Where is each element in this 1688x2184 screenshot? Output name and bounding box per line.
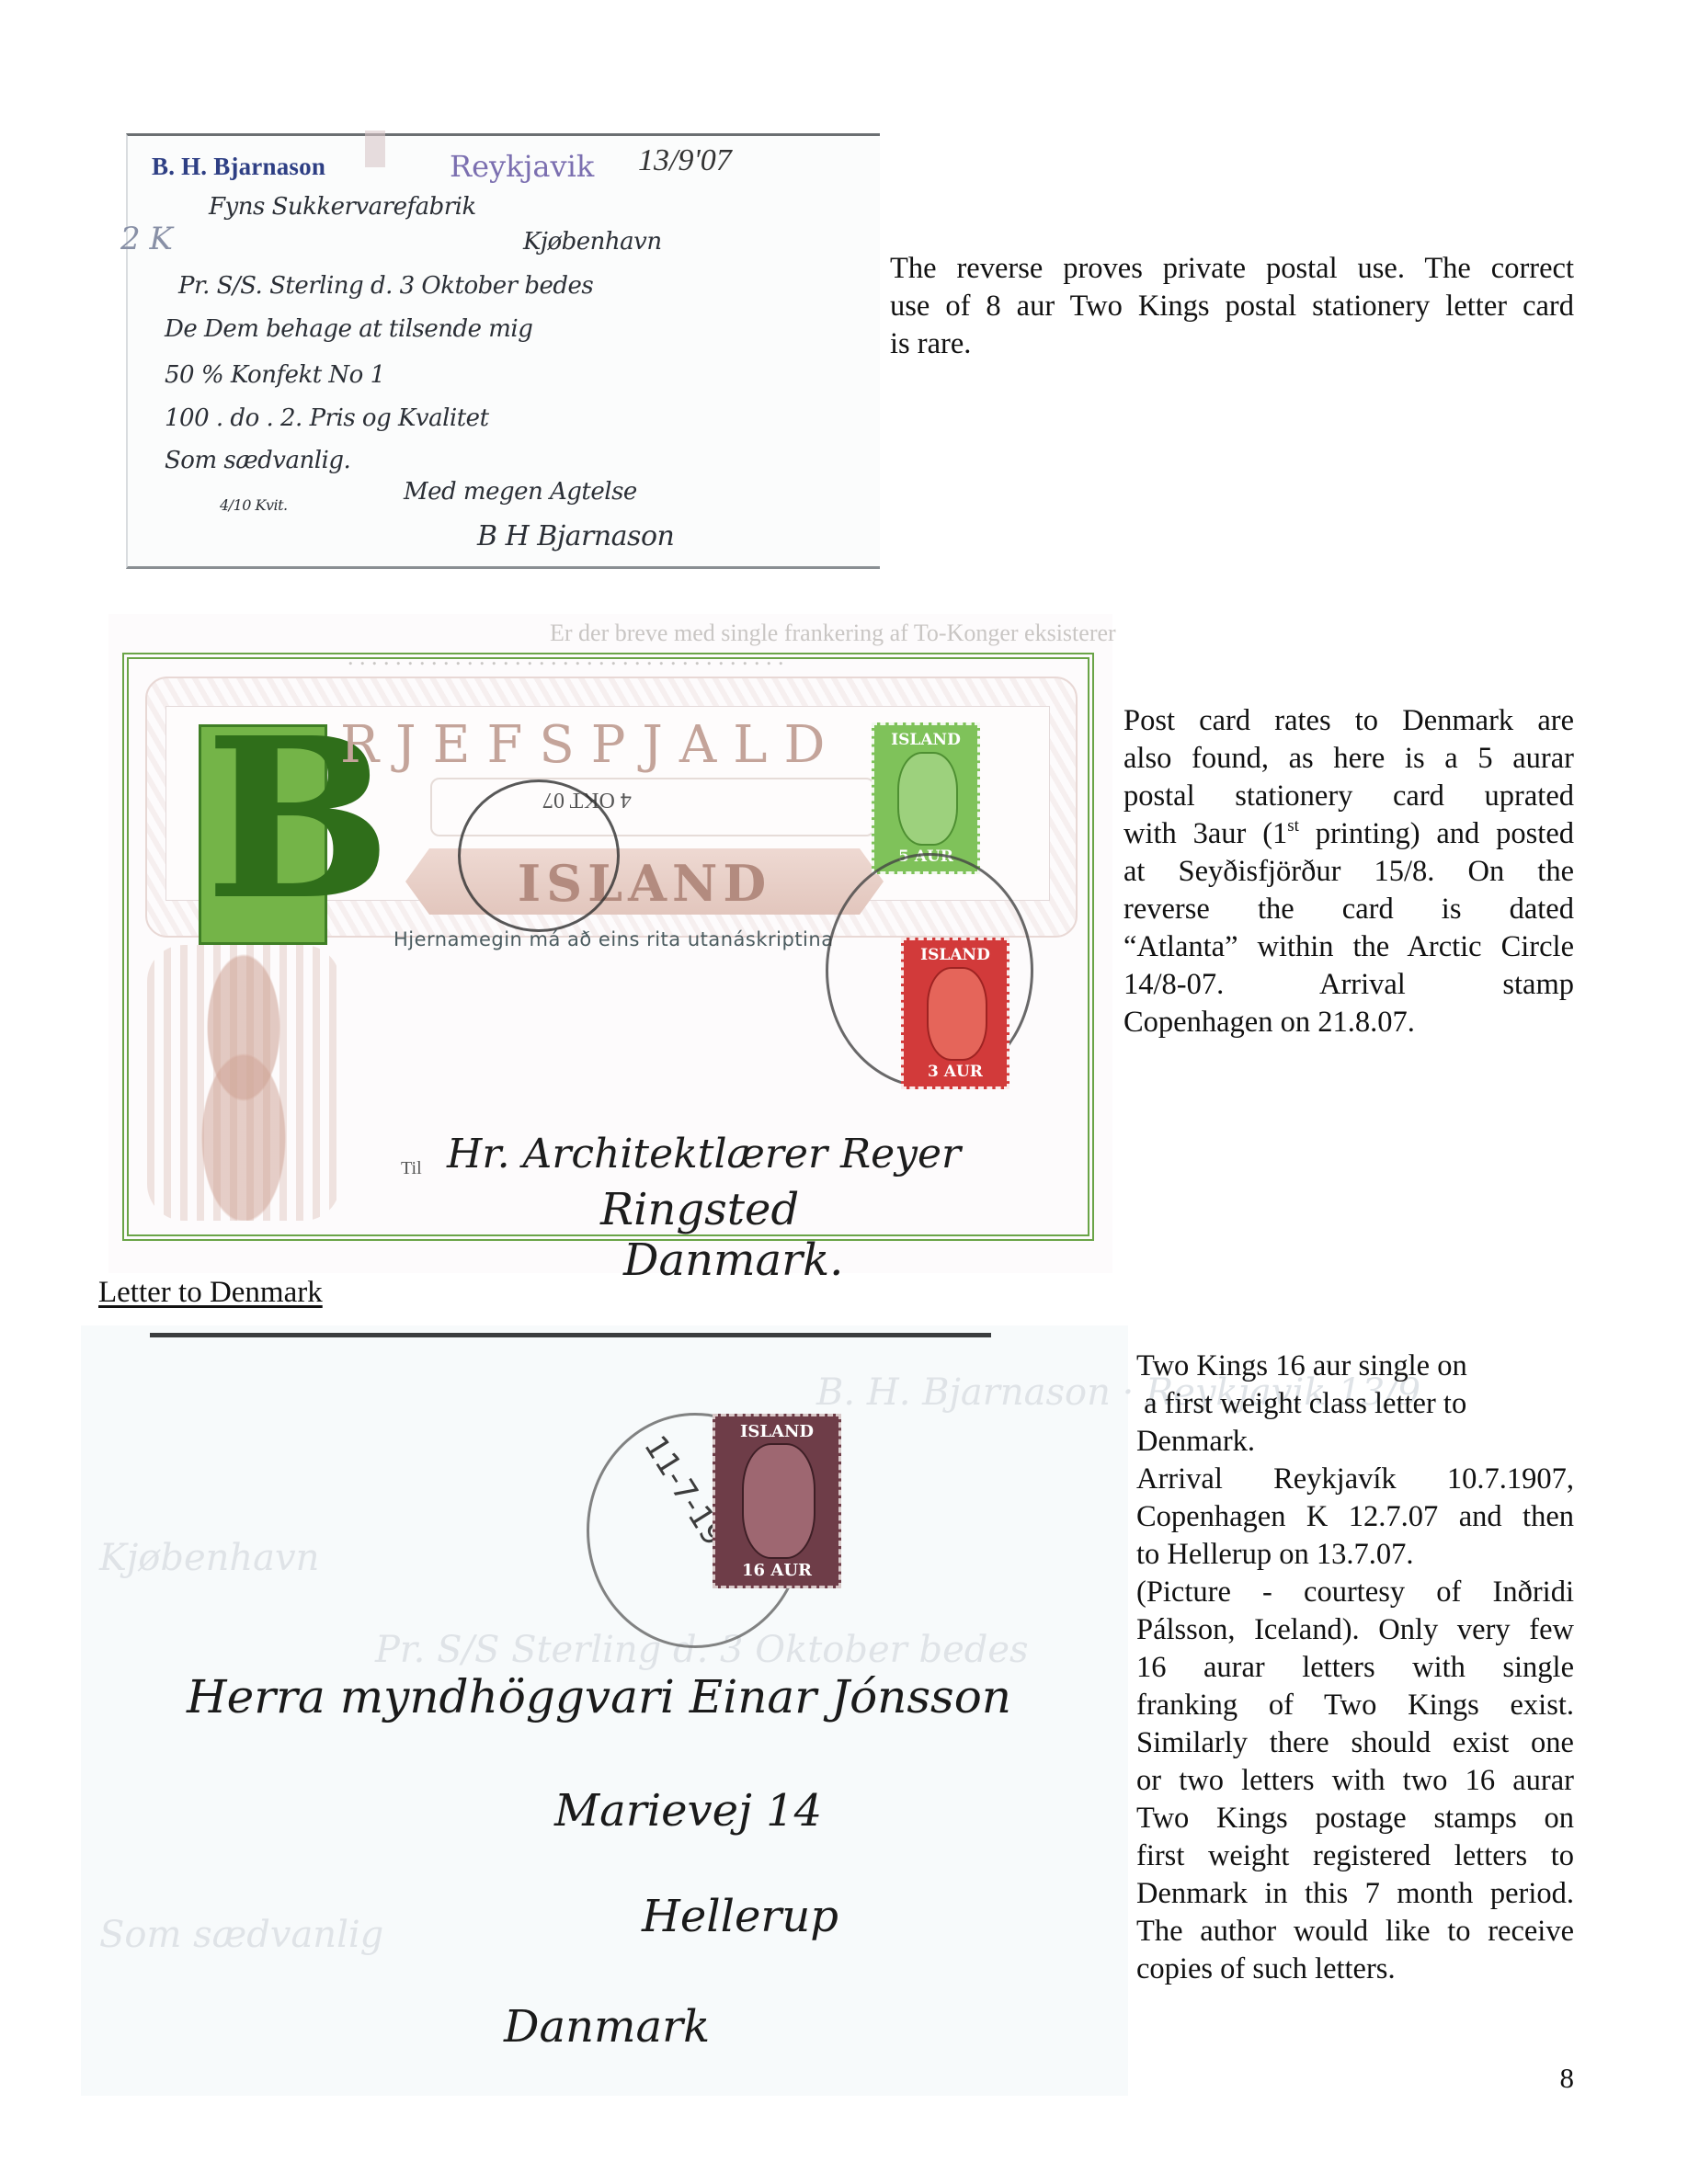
address-line: Danmark. xyxy=(623,1246,843,1274)
postmark-kobenhavn xyxy=(458,779,620,932)
handwriting-line: Pr. S/S. Sterling d. 3 Oktober bedes xyxy=(178,272,593,300)
text-line: use of 8 aur Two Kings postal stationery… xyxy=(890,288,1574,325)
section-caption: Letter to Denmark xyxy=(98,1276,323,1310)
text-line: is rare. xyxy=(890,325,1574,363)
stamp-value: 3 AUR xyxy=(904,1063,1007,1081)
text-line: with 3aur (1st printing) and posted xyxy=(1123,815,1574,853)
card-notice: Hjernamegin má að eins rita utanáskripti… xyxy=(393,928,834,950)
show-through-text: Som sædvanlig xyxy=(99,1914,383,1956)
printed-city: Reykjavik xyxy=(450,149,594,184)
text-line: Pálsson, Iceland). Only very few xyxy=(1136,1611,1574,1649)
stamp-country: ISLAND xyxy=(874,731,977,749)
stamp-3-aur: ISLAND 3 AUR xyxy=(901,938,1009,1089)
stamp-country: ISLAND xyxy=(715,1422,838,1441)
stamp-remnant xyxy=(365,131,385,167)
stamp-16-aur: ISLAND 16 AUR xyxy=(713,1414,841,1588)
stamp-5-aur: ISLAND 5 AUR xyxy=(872,722,980,874)
text-line: first weight registered letters to xyxy=(1136,1837,1574,1875)
address-line: Hellerup xyxy=(642,1891,838,1942)
handwriting-line: 100 . do . 2. Pris og Kvalitet xyxy=(165,404,489,432)
text-line: 16 aurar letters with single xyxy=(1136,1649,1574,1687)
description-reverse-use: The reverse proves private postal use. T… xyxy=(890,250,1574,363)
text-line: franking of Two Kings exist. xyxy=(1136,1687,1574,1724)
text-line: Post card rates to Denmark are xyxy=(1123,702,1574,740)
handwriting-line: Kjøbenhavn xyxy=(523,228,662,256)
text-line: Denmark. xyxy=(1136,1423,1574,1461)
stamp-country: ISLAND xyxy=(904,946,1007,964)
two-kings-portrait xyxy=(927,967,988,1062)
text-line: 14/8-07. Arrival stamp xyxy=(1123,966,1574,1004)
page-number: 8 xyxy=(1560,2062,1575,2095)
text-line: a first weight class letter to xyxy=(1136,1385,1574,1423)
envelope-flap-edge xyxy=(150,1333,991,1337)
letter-card-reverse-image: B. H. Bjarnason Reykjavik 13/9'07 2 K Fy… xyxy=(126,133,880,569)
text-line: Copenhagen K 12.7.07 and then xyxy=(1136,1498,1574,1536)
address-line: Ringsted xyxy=(600,1184,799,1235)
handwritten-date: 13/9'07 xyxy=(638,143,732,178)
address-line: Hr. Architektlærer Reyer xyxy=(447,1131,961,1177)
stamp-value: 16 AUR xyxy=(715,1561,838,1580)
postcard-brjefspjald-image: Er der breve med single frankering af To… xyxy=(108,614,1112,1273)
handwriting-line: Med megen Agtelse xyxy=(404,478,637,506)
two-kings-portrait xyxy=(742,1443,815,1558)
card-title: RJEFSPJALD xyxy=(340,715,841,775)
description-postcard-rates: Post card rates to Denmark arealso found… xyxy=(1123,702,1574,1041)
text-line: Two Kings postage stamps on xyxy=(1136,1800,1574,1837)
text-line: reverse the card is dated xyxy=(1123,891,1574,928)
handwriting-line: De Dem behage at tilsende mig xyxy=(165,315,532,343)
two-kings-portrait xyxy=(897,752,959,847)
printed-sender-name: B. H. Bjarnason xyxy=(152,153,325,181)
text-line: Denmark in this 7 month period. xyxy=(1136,1875,1574,1913)
text-line: copies of such letters. xyxy=(1136,1951,1574,1988)
text-line: postal stationery card uprated xyxy=(1123,778,1574,815)
text-line: to Hellerup on 13.7.07. xyxy=(1136,1536,1574,1574)
text-line: Similarly there should exist one xyxy=(1136,1724,1574,1762)
text-line: The author would like to receive xyxy=(1136,1913,1574,1951)
text-line: also found, as here is a 5 aurar xyxy=(1123,740,1574,778)
text-line: at Seyðisfjörður 15/8. On the xyxy=(1123,853,1574,891)
handwriting-line: Fyns Sukkervarefabrik xyxy=(209,193,476,221)
ornamental-monogram xyxy=(147,945,340,1221)
text-line: Arrival Reykjavík 10.7.1907, xyxy=(1136,1461,1574,1498)
signature: B H Bjarnason xyxy=(477,520,674,552)
handwriting-line: 50 % Konfekt No 1 xyxy=(165,361,385,389)
text-line: Copenhagen on 21.8.07. xyxy=(1123,1004,1574,1041)
address-line: Herra myndhöggvari Einar Jónsson xyxy=(187,1670,1011,1723)
text-line: (Picture - courtesy of Inðridi xyxy=(1136,1574,1574,1611)
margin-note: 2 K xyxy=(120,221,172,257)
address-prefix: Til xyxy=(401,1158,422,1179)
text-line: “Atlanta” within the Arctic Circle xyxy=(1123,928,1574,966)
cover-to-denmark-image: B. H. Bjarnason · Reykjavik 13/9 Kjøbenh… xyxy=(81,1325,1128,2096)
show-through-text: Kjøbenhavn xyxy=(99,1537,319,1579)
description-16-aur-letter: Two Kings 16 aur single on a first weigh… xyxy=(1136,1348,1574,1988)
text-line: Two Kings 16 aur single on xyxy=(1136,1348,1574,1385)
address-line: Danmark xyxy=(504,2001,710,2053)
text-line: or two letters with two 16 aurar xyxy=(1136,1762,1574,1800)
decorative-initial-b: B xyxy=(199,724,327,945)
handwriting-line: Som sædvanlig. xyxy=(165,447,350,474)
margin-note: 4/10 Kvit. xyxy=(220,496,288,514)
address-line: Marievej 14 xyxy=(554,1785,822,1837)
text-line: The reverse proves private postal use. T… xyxy=(890,250,1574,288)
